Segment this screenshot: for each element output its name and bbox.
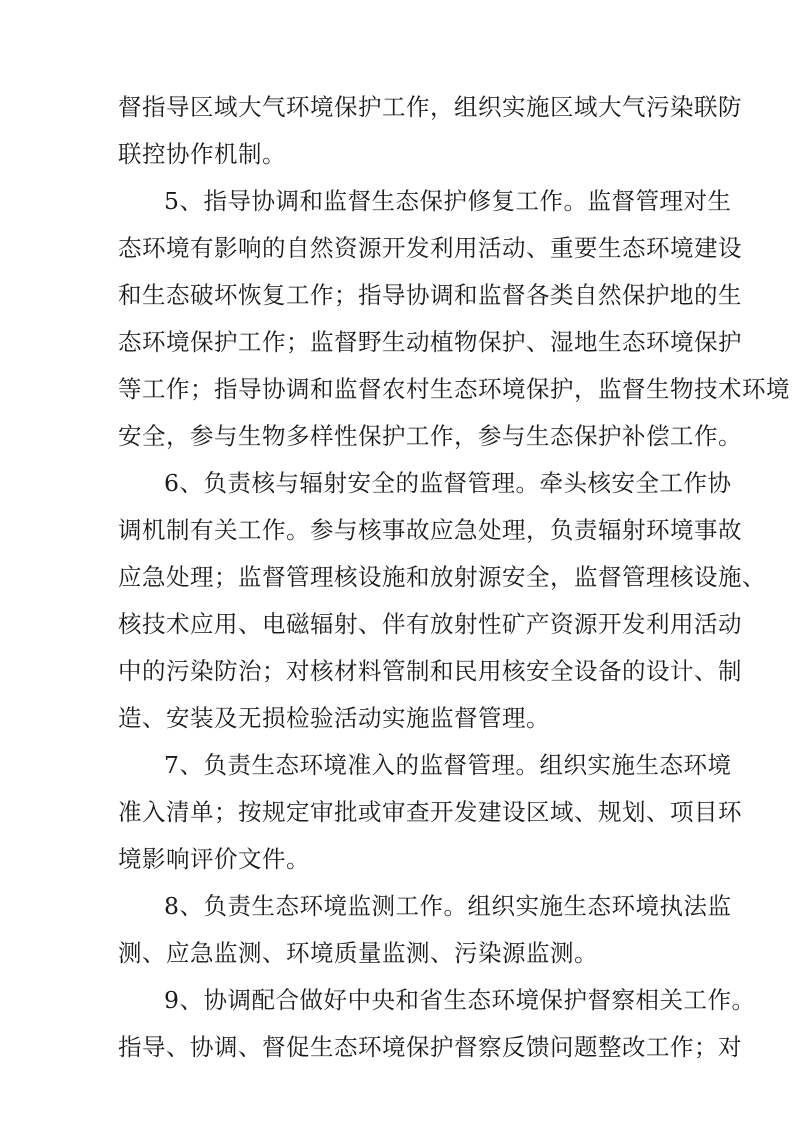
- text-line: 督指导区域大气环境保护工作，组织实施区域大气污染联防: [118, 92, 678, 122]
- text-line: 核技术应用、电磁辐射、伴有放射性矿产资源开发利用活动: [118, 609, 678, 639]
- text-line: 中的污染防治；对核材料管制和民用核安全设备的设计、制: [118, 656, 678, 686]
- paragraph-9-start: 9、协调配合做好中央和省生态环境保护督察相关工作。: [164, 985, 724, 1015]
- text-line: 应急处理；监督管理核设施和放射源安全，监督管理核设施、: [118, 562, 678, 592]
- text-line: 准入清单；按规定审批或审查开发建设区域、规划、项目环: [118, 797, 678, 827]
- text-line: 指导、协调、督促生态环境保护督察反馈问题整改工作；对: [118, 1032, 678, 1062]
- paragraph-5-start: 5、指导协调和监督生态保护修复工作。监督管理对生: [164, 186, 724, 216]
- paragraph-6-start: 6、负责核与辐射安全的监督管理。牵头核安全工作协: [164, 468, 724, 498]
- paragraph-7-start: 7、负责生态环境准入的监督管理。组织实施生态环境: [164, 750, 724, 780]
- text-line: 安全，参与生物多样性保护工作，参与生态保护补偿工作。: [118, 421, 678, 451]
- text-line: 测、应急监测、环境质量监测、污染源监测。: [118, 938, 678, 968]
- text-line: 调机制有关工作。参与核事故应急处理，负责辐射环境事故: [118, 515, 678, 545]
- text-line: 造、安装及无损检验活动实施监督管理。: [118, 703, 678, 733]
- text-line: 态环境有影响的自然资源开发利用活动、重要生态环境建设: [118, 233, 678, 263]
- text-line: 等工作；指导协调和监督农村生态环境保护，监督生物技术环境: [118, 374, 678, 404]
- text-line: 态环境保护工作；监督野生动植物保护、湿地生态环境保护: [118, 327, 678, 357]
- text-line: 境影响评价文件。: [118, 844, 678, 874]
- text-line: 和生态破坏恢复工作；指导协调和监督各类自然保护地的生: [118, 280, 678, 310]
- text-line: 联控协作机制。: [118, 139, 678, 169]
- document-page: 督指导区域大气环境保护工作，组织实施区域大气污染联防 联控协作机制。 5、指导协…: [0, 0, 793, 1122]
- paragraph-8-start: 8、负责生态环境监测工作。组织实施生态环境执法监: [164, 891, 724, 921]
